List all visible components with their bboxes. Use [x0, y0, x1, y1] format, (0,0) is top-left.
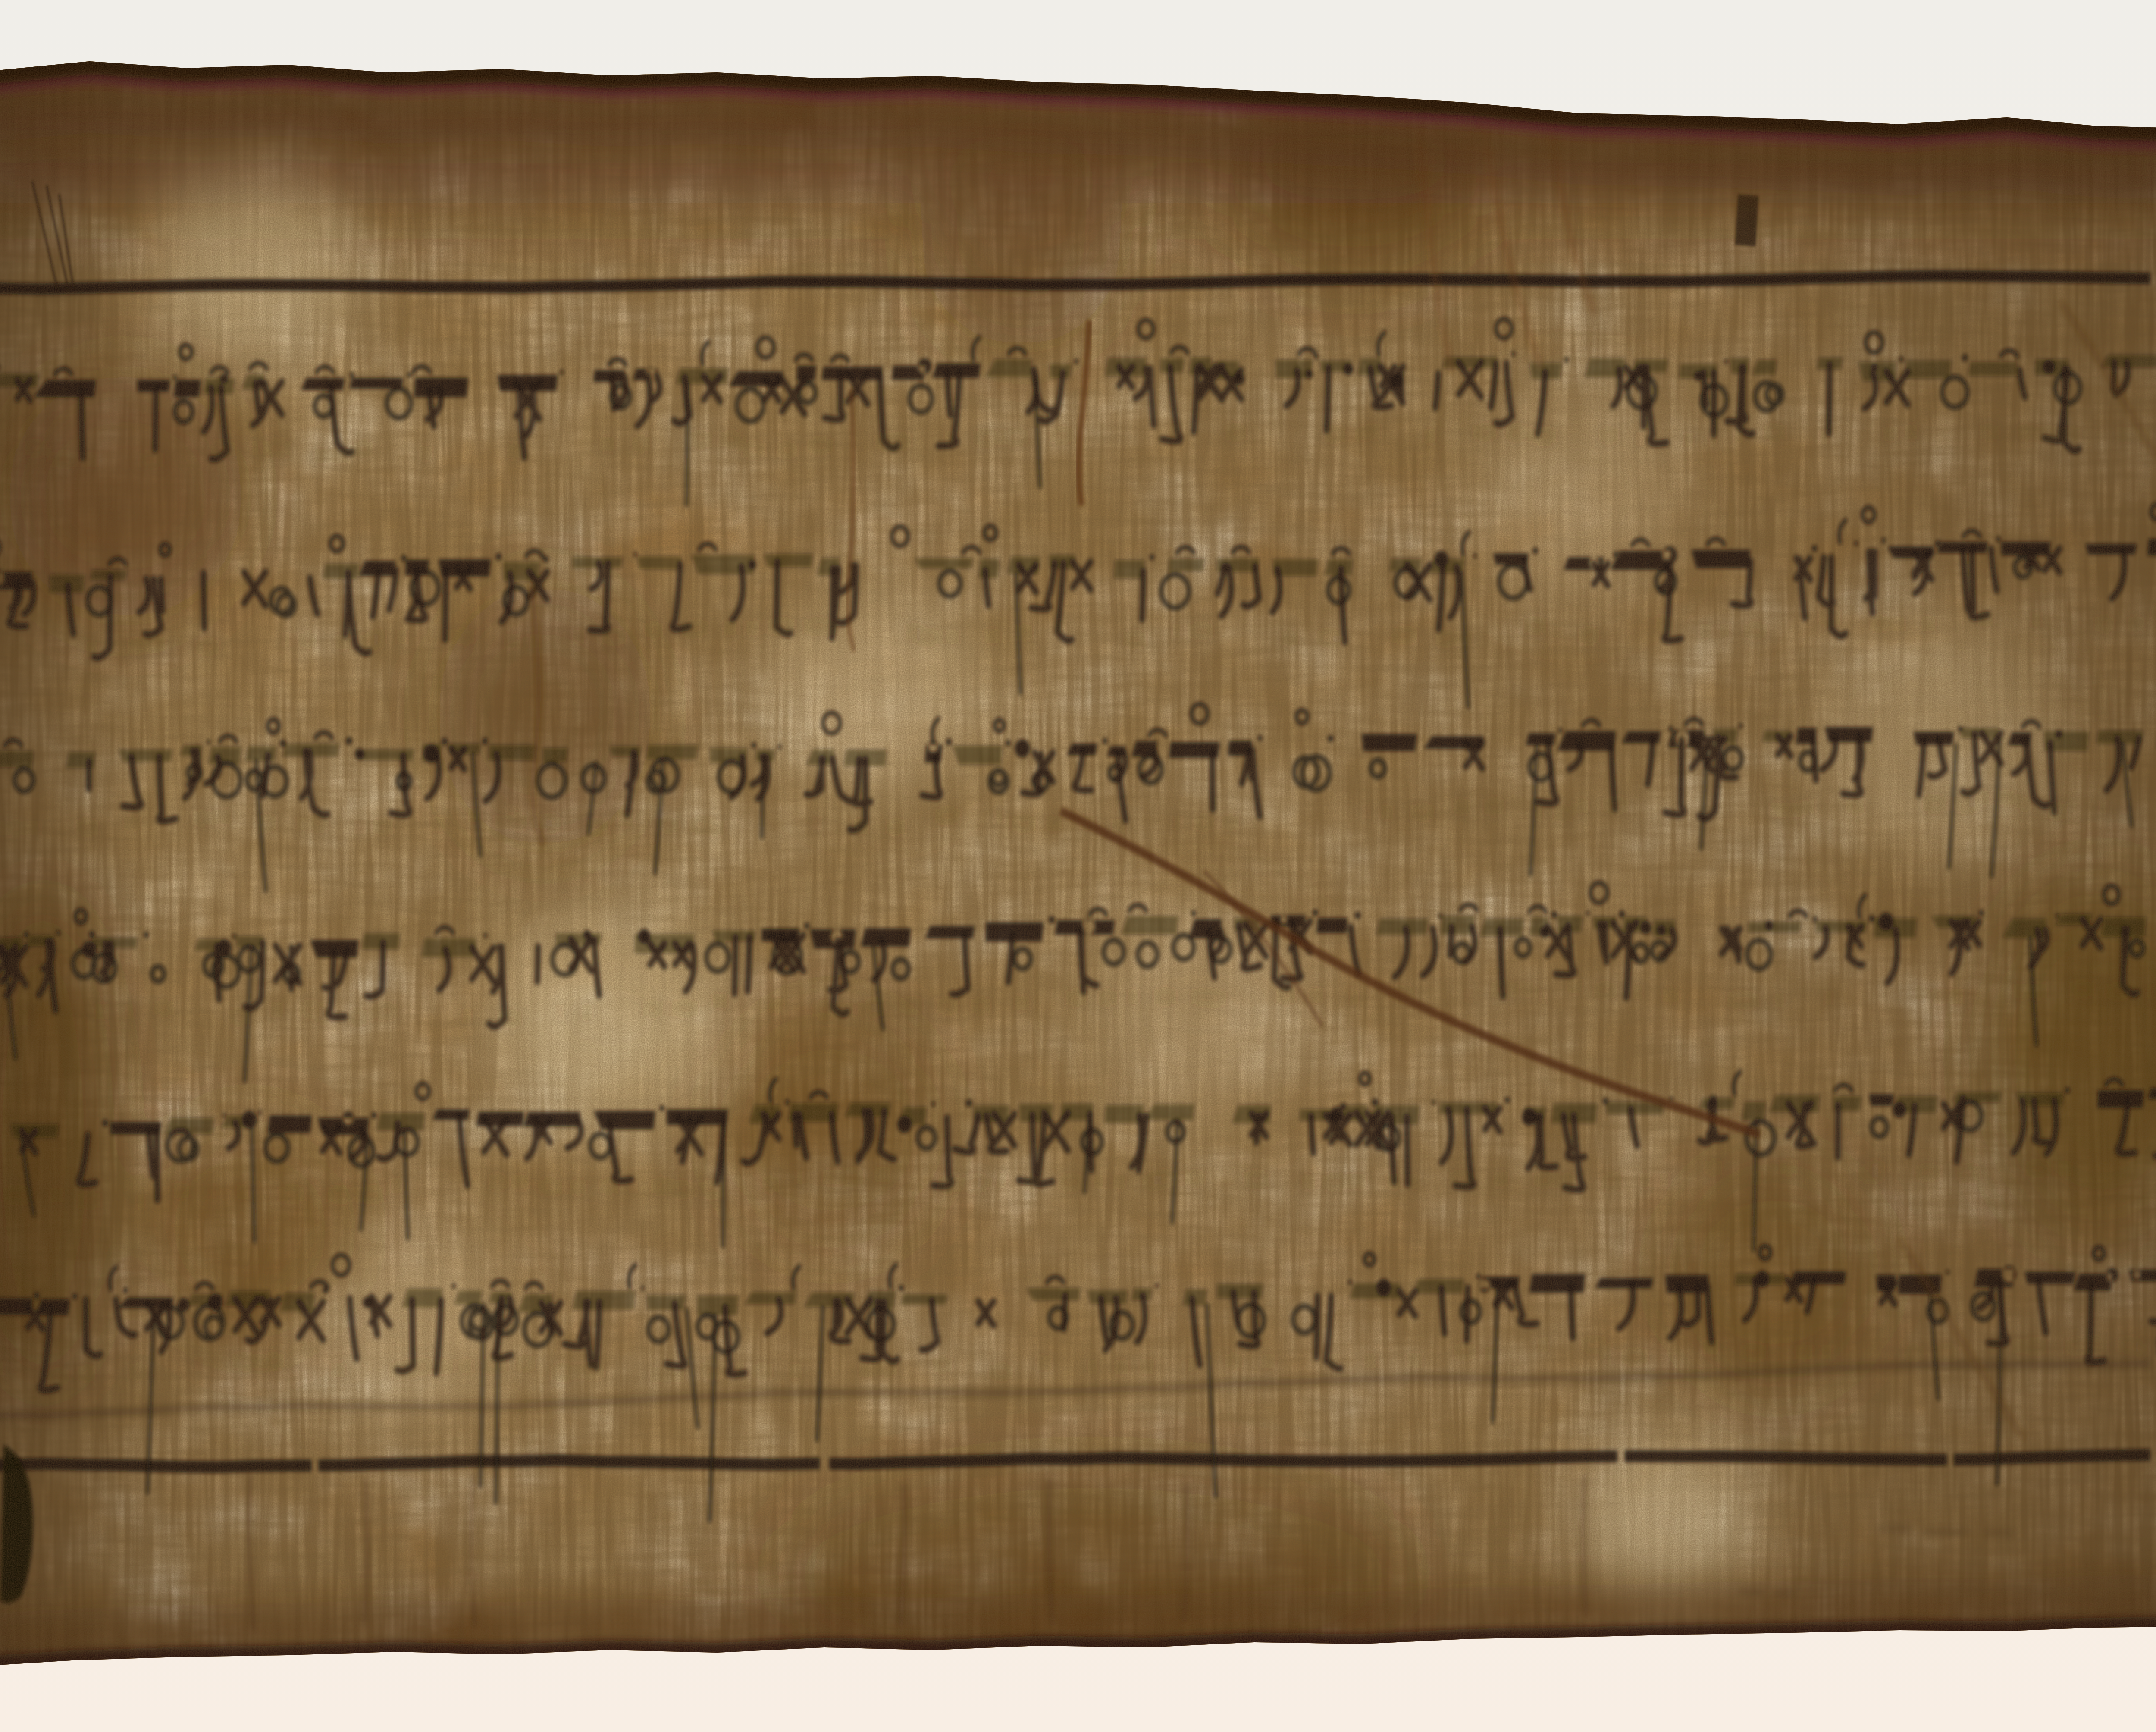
manuscript-photo	[0, 0, 2156, 1732]
photo-background	[0, 0, 2156, 1732]
manuscript-paper	[0, 0, 2156, 1732]
paper-grain	[0, 0, 2156, 1732]
